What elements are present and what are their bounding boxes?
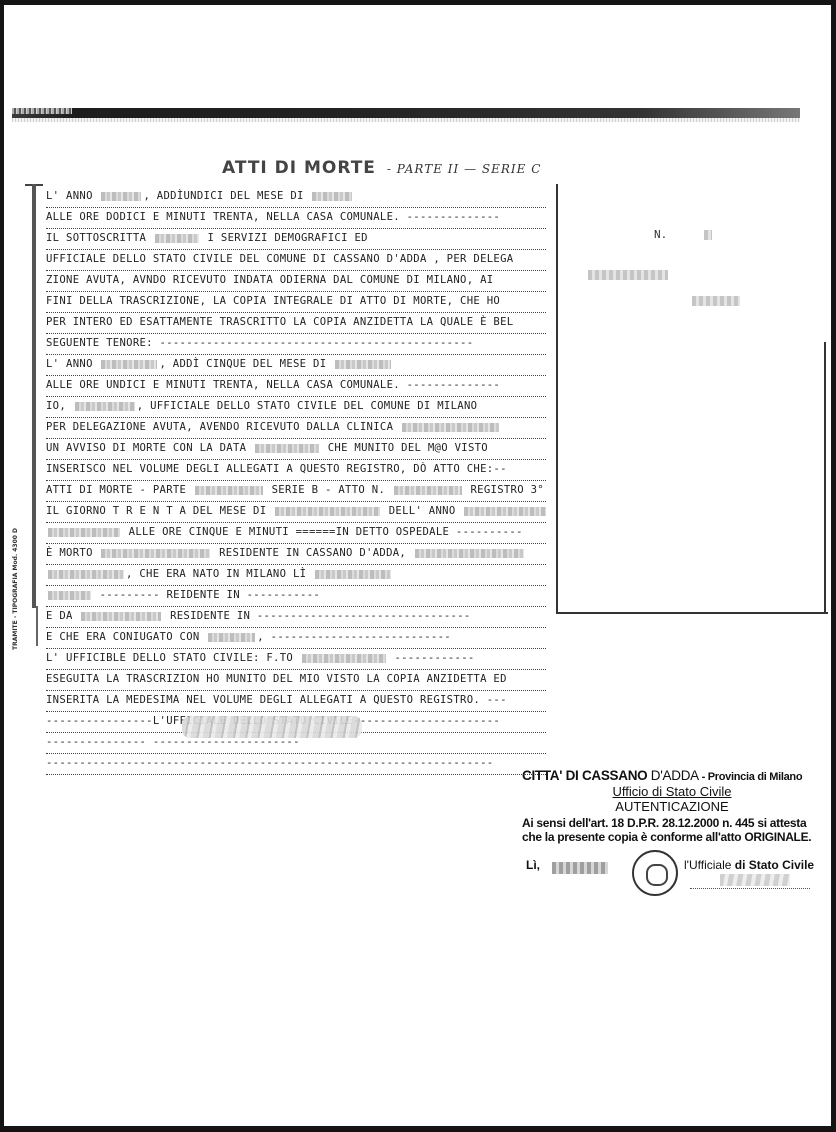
line-text: ALLE ORE CINQUE E MINUTI ======IN DETTO …: [122, 526, 523, 538]
record-line: ALLE ORE UNDICI E MINUTI TRENTA, NELLA C…: [46, 376, 546, 397]
line-text: REGISTRO 3° -------: [464, 484, 546, 496]
title-subtitle: - PARTE II — SERIE C: [387, 162, 542, 176]
redacted-field: [195, 486, 263, 495]
redacted-field: [101, 192, 141, 201]
margin-annotation-box: N.: [556, 184, 826, 614]
record-line: ZIONE AVUTA, AVNDO RICEVUTO INDATA ODIER…: [46, 271, 546, 292]
stamp-text-2: che la presente copia è conforme all'att…: [522, 830, 822, 844]
line-text: ZIONE AVUTA, AVNDO RICEVUTO INDATA ODIER…: [46, 274, 493, 286]
stamp-heading: AUTENTICAZIONE: [522, 799, 822, 814]
line-text: È MORTO: [46, 547, 99, 559]
first-name-redacted: [692, 296, 740, 306]
line-text: , ---------------------------: [257, 631, 451, 643]
record-line: PER INTERO ED ESATTAMENTE TRASCRITTO LA …: [46, 313, 546, 334]
record-text-body: L' ANNO , ADDÌUNDICI DEL MESE DI ALLE OR…: [46, 187, 546, 775]
redacted-field: [155, 234, 199, 243]
officer-signature-line: [690, 878, 810, 889]
line-text: SERIE B - ATTO N.: [265, 484, 392, 496]
line-text: ATTI DI MORTE - PARTE: [46, 484, 193, 496]
record-line: INSERISCO NEL VOLUME DEGLI ALLEGATI A QU…: [46, 460, 546, 481]
stamp-city: CITTA' DI CASSANO: [522, 768, 647, 783]
redacted-field: [208, 633, 255, 642]
date-redacted: [552, 862, 608, 874]
box-right-edge: [824, 342, 826, 612]
redacted-field: [302, 654, 386, 663]
record-line: FINI DELLA TRASCRIZIONE, LA COPIA INTEGR…: [46, 292, 546, 313]
line-text: , CHE ERA NATO IN MILANO LÌ: [126, 568, 313, 580]
title-main: ATTI DI MORTE: [222, 158, 376, 178]
record-line: UN AVVISO DI MORTE CON LA DATA CHE MUNIT…: [46, 439, 546, 460]
redacted-field: [315, 570, 391, 579]
line-text: IO,: [46, 400, 73, 412]
record-line: , CHE ERA NATO IN MILANO LÌ: [46, 565, 546, 586]
redacted-field: [75, 402, 135, 411]
officer-prefix: l'Ufficiale: [684, 858, 731, 872]
line-text: UN AVVISO DI MORTE CON LA DATA: [46, 442, 253, 454]
line-text: L' ANNO: [46, 358, 99, 370]
line-text: INSERISCO NEL VOLUME DEGLI ALLEGATI A QU…: [46, 463, 507, 475]
redacted-field: [275, 507, 380, 516]
redacted-field: [48, 591, 91, 600]
line-text: L' ANNO: [46, 190, 99, 202]
redacted-field: [48, 570, 124, 579]
line-text: DELL' ANNO: [382, 505, 462, 517]
place-label: Lì,: [526, 858, 540, 872]
redacted-field: [312, 192, 352, 201]
document-title: ATTI DI MORTE - PARTE II — SERIE C: [222, 158, 541, 178]
line-text: RESIDENTE IN ---------------------------…: [163, 610, 470, 622]
line-text: SEGUENTE TENORE: -----------------------…: [46, 337, 473, 349]
record-line: ESEGUITA LA TRASCRIZION HO MUNITO DEL MI…: [46, 670, 546, 691]
record-line: ATTI DI MORTE - PARTE SERIE B - ATTO N. …: [46, 481, 546, 502]
box-bottom-edge: [558, 612, 828, 614]
stamp-text-1: Ai sensi dell'art. 18 D.P.R. 28.12.2000 …: [522, 816, 822, 830]
redacted-field: [81, 612, 161, 621]
record-line: ALLE ORE CINQUE E MINUTI ======IN DETTO …: [46, 523, 546, 544]
stamp-city-rest: D'ADDA: [647, 768, 699, 783]
left-margin-rule-lower: [36, 606, 38, 646]
line-text: PER DELEGAZIONE AVUTA, AVENDO RICEVUTO D…: [46, 421, 400, 433]
stamp-province: - Provincia di Milano: [699, 771, 802, 783]
officer-signature-redacted: [182, 716, 362, 738]
line-text: UFFICIALE DELLO STATO CIVILE DEL COMUNE …: [46, 253, 513, 265]
line-text: FINI DELLA TRASCRIZIONE, LA COPIA INTEGR…: [46, 295, 500, 307]
signature-area: [170, 700, 380, 760]
redacted-field: [335, 360, 391, 369]
stamp-city-line: CITTA' DI CASSANO D'ADDA - Provincia di …: [522, 768, 822, 783]
record-line: PER DELEGAZIONE AVUTA, AVENDO RICEVUTO D…: [46, 418, 546, 439]
line-text: RESIDENTE IN CASSANO D'ADDA,: [212, 547, 412, 559]
left-margin-rule: [32, 184, 36, 608]
line-text: E DA: [46, 610, 79, 622]
record-line: --------- REIDENTE IN -----------: [46, 586, 546, 607]
record-line: E CHE ERA CONIUGATO CON , --------------…: [46, 628, 546, 649]
surname-redacted: [588, 270, 668, 280]
redacted-field: [464, 507, 546, 516]
stamp-office: Ufficio di Stato Civile: [522, 784, 822, 799]
scan-header-bar: [12, 108, 800, 118]
line-text: PER INTERO ED ESATTAMENTE TRASCRITTO LA …: [46, 316, 513, 328]
stamp-signature-row: Lì, l'Ufficiale di Stato Civile: [522, 850, 822, 900]
municipal-seal-icon: [632, 850, 678, 896]
line-text: L' UFFICIBLE DELLO STATO CIVILE: F.TO: [46, 652, 300, 664]
redacted-field: [101, 360, 157, 369]
record-line: SEGUENTE TENORE: -----------------------…: [46, 334, 546, 355]
record-line: E DA RESIDENTE IN ----------------------…: [46, 607, 546, 628]
redacted-field: [402, 423, 499, 432]
record-line: IL SOTTOSCRITTA I SERVIZI DEMOGRAFICI ED: [46, 229, 546, 250]
officer-title: l'Ufficiale di Stato Civile: [684, 858, 814, 872]
line-text: --------- REIDENTE IN -----------: [93, 589, 320, 601]
line-text: ALLE ORE DODICI E MINUTI TRENTA, NELLA C…: [46, 211, 500, 223]
redacted-field: [394, 486, 462, 495]
record-line: ALLE ORE DODICI E MINUTI TRENTA, NELLA C…: [46, 208, 546, 229]
authentication-stamp: CITTA' DI CASSANO D'ADDA - Provincia di …: [522, 768, 822, 900]
record-line: L' UFFICIBLE DELLO STATO CIVILE: F.TO --…: [46, 649, 546, 670]
line-text: IL SOTTOSCRITTA: [46, 232, 153, 244]
officer-suffix: di Stato Civile: [731, 858, 814, 872]
line-text: ALLE ORE UNDICI E MINUTI TRENTA, NELLA C…: [46, 379, 500, 391]
line-text: ESEGUITA LA TRASCRIZION HO MUNITO DEL MI…: [46, 673, 507, 685]
line-text: , UFFICIALE DELLO STATO CIVILE DEL COMUN…: [137, 400, 478, 412]
record-line: L' ANNO , ADDÌ CINQUE DEL MESE DI: [46, 355, 546, 376]
line-text: , ADDÌUNDICI DEL MESE DI: [143, 190, 310, 202]
redacted-field: [101, 549, 210, 558]
line-text: CHE MUNITO DEL M@O VISTO: [321, 442, 488, 454]
record-line: UFFICIALE DELLO STATO CIVILE DEL COMUNE …: [46, 250, 546, 271]
record-line: IL GIORNO T R E N T A DEL MESE DI DELL' …: [46, 502, 546, 523]
redacted-field: [48, 528, 120, 537]
line-text: , ADDÌ CINQUE DEL MESE DI: [159, 358, 333, 370]
redacted-field: [255, 444, 319, 453]
record-line: È MORTO RESIDENTE IN CASSANO D'ADDA,: [46, 544, 546, 565]
form-model-label: TRAMITE - TIPOGRAFIA Mod. 4300 D: [12, 530, 22, 650]
line-text: I SERVIZI DEMOGRAFICI ED: [201, 232, 368, 244]
line-text: IL GIORNO T R E N T A DEL MESE DI: [46, 505, 273, 517]
record-line: L' ANNO , ADDÌUNDICI DEL MESE DI: [46, 187, 546, 208]
line-text: ------------: [388, 652, 475, 664]
line-text: E CHE ERA CONIUGATO CON: [46, 631, 206, 643]
redacted-field: [415, 549, 524, 558]
record-number-redacted: [704, 230, 712, 240]
record-number-label: N.: [654, 228, 667, 241]
record-line: IO, , UFFICIALE DELLO STATO CIVILE DEL C…: [46, 397, 546, 418]
